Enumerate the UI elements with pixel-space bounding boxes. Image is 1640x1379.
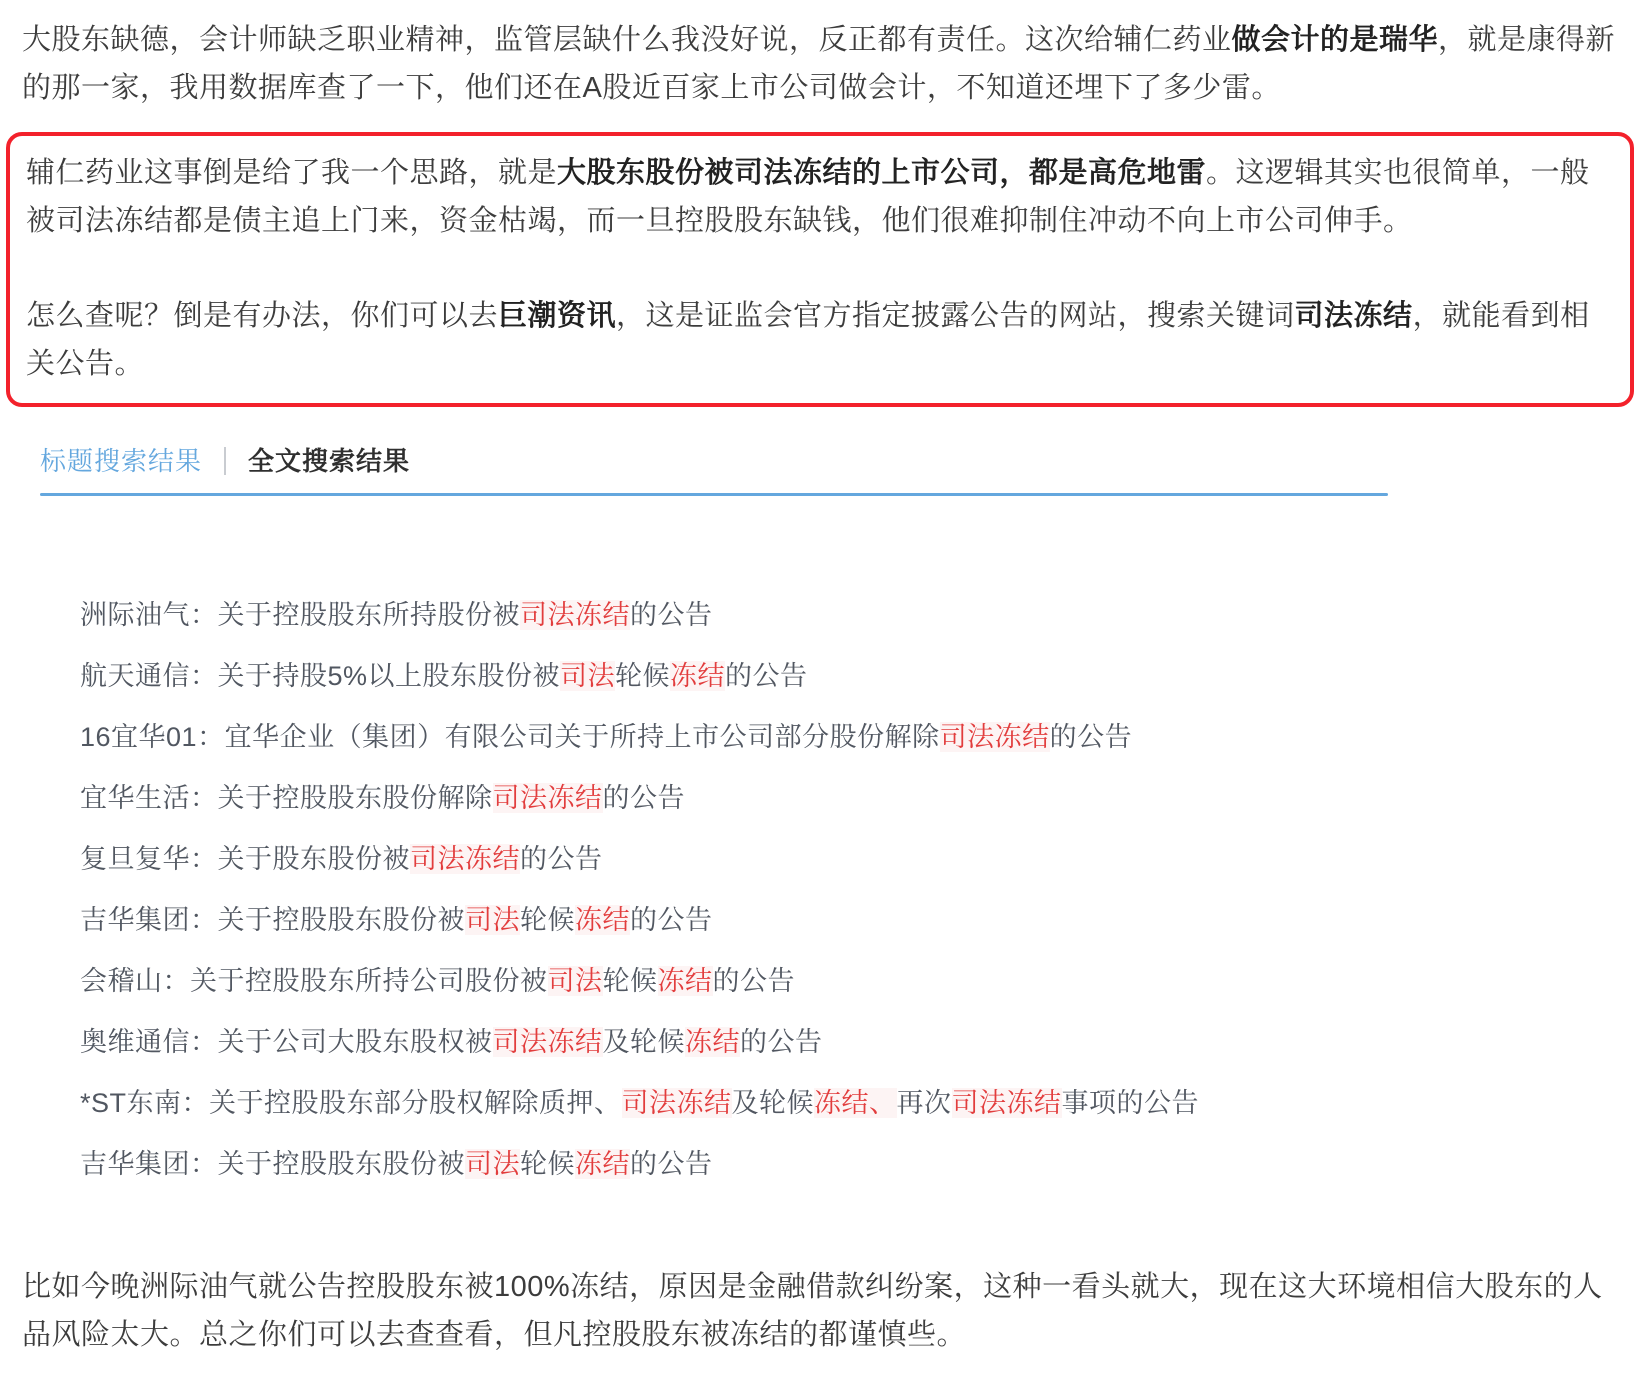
tab-fulltext-search-results[interactable]: 全文搜索结果	[248, 439, 410, 483]
search-result-row[interactable]: 吉华集团：关于控股股东股份被司法轮候冻结的公告	[80, 1147, 1388, 1181]
search-result-row[interactable]: 航天通信：关于持股5%以上股东股份被司法轮候冻结的公告	[80, 659, 1388, 693]
result-text: 复旦复华：关于股东股份被	[80, 844, 410, 874]
result-keyword-highlight: 司法冻结	[940, 722, 1050, 752]
cninfo-search-screenshot: 标题搜索结果 全文搜索结果 洲际油气：关于控股股东所持股份被司法冻结的公告航天通…	[40, 439, 1388, 1181]
result-keyword-highlight: 冻结	[670, 661, 725, 691]
result-text: 洲际油气：关于控股股东所持股份被	[80, 600, 520, 630]
result-keyword-highlight: 冻结	[575, 905, 630, 935]
result-text: 事项的公告	[1062, 1088, 1200, 1118]
highlight-text: 怎么查呢？倒是有办法，你们可以去	[26, 300, 498, 332]
search-result-row[interactable]: 洲际油气：关于控股股东所持股份被司法冻结的公告	[80, 598, 1388, 632]
highlight-text: ，这是证监会官方指定披露公告的网站，搜索关键词	[616, 300, 1295, 332]
result-keyword-highlight: 司法	[560, 661, 615, 691]
search-result-row[interactable]: 宜华生活：关于控股股东股份解除司法冻结的公告	[80, 781, 1388, 815]
result-text: 16宜华01：宜华企业（集团）有限公司关于所持上市公司部分股份解除	[80, 722, 940, 752]
result-keyword-highlight: 司法冻结	[520, 600, 630, 630]
tab-title-search-results[interactable]: 标题搜索结果	[40, 439, 202, 483]
tab-separator	[224, 447, 226, 475]
intro-text: 大股东缺德，会计师缺乏职业精神，监管层缺什么我没好说，反正都有责任。这次给辅仁药…	[22, 24, 1232, 56]
result-text: 轮候	[615, 661, 670, 691]
result-text: 轮候	[520, 905, 575, 935]
result-text: 奥维通信：关于公司大股东股权被	[80, 1027, 493, 1057]
highlight-text: 辅仁药业这事倒是给了我一个思路，就是	[26, 157, 557, 189]
result-keyword-highlight: 司法	[465, 905, 520, 935]
result-text: 的公告	[520, 844, 603, 874]
result-keyword-highlight: 司法冻结	[493, 783, 603, 813]
result-keyword-highlight: 司法冻结	[622, 1088, 732, 1118]
result-keyword-highlight: 司法	[465, 1149, 520, 1179]
result-text: 的公告	[603, 783, 686, 813]
result-keyword-highlight: 冻结	[575, 1149, 630, 1179]
outro-paragraph: 比如今晚洲际油气就公告控股股东被100%冻结，原因是金融借款纠纷案，这种一看头就…	[22, 1263, 1618, 1359]
result-text: 宜华生活：关于控股股东股份解除	[80, 783, 493, 813]
result-keyword-highlight: 司法冻结	[410, 844, 520, 874]
result-text: 的公告	[725, 661, 808, 691]
search-results-list: 洲际油气：关于控股股东所持股份被司法冻结的公告航天通信：关于持股5%以上股东股份…	[40, 496, 1388, 1181]
result-text: 会稽山：关于控股股东所持公司股份被	[80, 966, 548, 996]
highlight-paragraph-1: 辅仁药业这事倒是给了我一个思路，就是大股东股份被司法冻结的上市公司，都是高危地雷…	[26, 149, 1614, 245]
result-text: 再次	[897, 1088, 952, 1118]
search-result-row[interactable]: 16宜华01：宜华企业（集团）有限公司关于所持上市公司部分股份解除司法冻结的公告	[80, 720, 1388, 754]
highlight-box: 辅仁药业这事倒是给了我一个思路，就是大股东股份被司法冻结的上市公司，都是高危地雷…	[6, 132, 1634, 407]
result-text: 轮候	[520, 1149, 575, 1179]
search-result-row[interactable]: 会稽山：关于控股股东所持公司股份被司法轮候冻结的公告	[80, 964, 1388, 998]
result-text: *ST东南：关于控股股东部分股权解除质押、	[80, 1088, 622, 1118]
result-keyword-highlight: 冻结	[685, 1027, 740, 1057]
result-keyword-highlight: 、	[869, 1088, 897, 1118]
result-keyword-highlight: 司法冻结	[952, 1088, 1062, 1118]
search-result-row[interactable]: *ST东南：关于控股股东部分股权解除质押、司法冻结及轮候冻结、再次司法冻结事项的…	[80, 1086, 1388, 1120]
intro-paragraph: 大股东缺德，会计师缺乏职业精神，监管层缺什么我没好说，反正都有责任。这次给辅仁药…	[22, 16, 1618, 112]
result-keyword-highlight: 司法冻结	[493, 1027, 603, 1057]
result-text: 的公告	[630, 1149, 713, 1179]
result-text: 吉华集团：关于控股股东股份被	[80, 1149, 465, 1179]
result-text: 的公告	[713, 966, 796, 996]
search-result-row[interactable]: 复旦复华：关于股东股份被司法冻结的公告	[80, 842, 1388, 876]
result-text: 的公告	[740, 1027, 823, 1057]
result-text: 的公告	[630, 600, 713, 630]
result-keyword-highlight: 冻结	[658, 966, 713, 996]
result-text: 吉华集团：关于控股股东股份被	[80, 905, 465, 935]
result-keyword-highlight: 司法	[548, 966, 603, 996]
highlight-bold-thesis: 大股东股份被司法冻结的上市公司，都是高危地雷	[557, 157, 1206, 189]
result-keyword-highlight: 冻结	[814, 1088, 869, 1118]
highlight-bold-cninfo: 巨潮资讯	[498, 300, 616, 332]
highlight-bold-keyword: 司法冻结	[1295, 300, 1413, 332]
highlight-paragraph-2: 怎么查呢？倒是有办法，你们可以去巨潮资讯，这是证监会官方指定披露公告的网站，搜索…	[26, 292, 1614, 388]
result-text: 的公告	[630, 905, 713, 935]
result-text: 及轮候	[732, 1088, 815, 1118]
search-result-row[interactable]: 奥维通信：关于公司大股东股权被司法冻结及轮候冻结的公告	[80, 1025, 1388, 1059]
result-text: 及轮候	[603, 1027, 686, 1057]
result-text: 航天通信：关于持股5%以上股东股份被	[80, 661, 560, 691]
article: 大股东缺德，会计师缺乏职业精神，监管层缺什么我没好说，反正都有责任。这次给辅仁药…	[0, 0, 1640, 1359]
search-result-row[interactable]: 吉华集团：关于控股股东股份被司法轮候冻结的公告	[80, 903, 1388, 937]
intro-bold-ruihua: 做会计的是瑞华	[1232, 24, 1439, 56]
result-text: 的公告	[1050, 722, 1133, 752]
search-tabs: 标题搜索结果 全文搜索结果	[40, 439, 1388, 483]
result-text: 轮候	[603, 966, 658, 996]
